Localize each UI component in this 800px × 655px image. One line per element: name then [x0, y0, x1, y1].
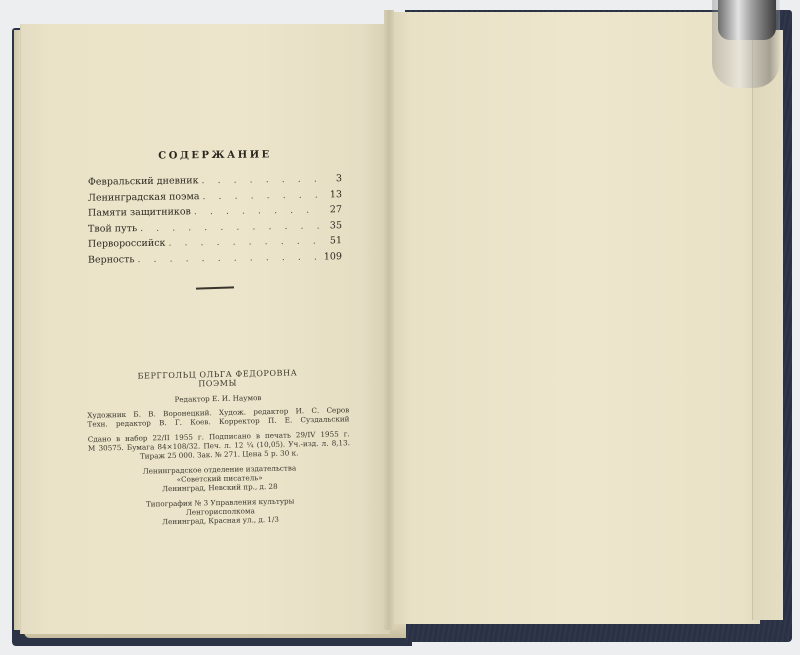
book-gutter	[384, 10, 394, 630]
contents-title: СОДЕРЖАНИЕ	[88, 149, 342, 163]
editor-line: Редактор Е. И. Наумов	[87, 391, 349, 405]
right-page-flap	[752, 30, 783, 620]
table-of-contents: СОДЕРЖАНИЕ Февральский дневник . . . . .…	[88, 150, 342, 266]
leader-dots: . . . . . . . . . . . . . . . . . . . . …	[168, 233, 323, 251]
leader-dots: . . . . . . . . . . . . . . . . . . . . …	[202, 187, 323, 204]
leader-dots: . . . . . . . . . . . . . . . . . . . . …	[194, 202, 323, 219]
toc-entry: Верность . . . . . . . . . . . . . . . .…	[88, 249, 342, 268]
colophon: БЕРГГОЛЬЦ ОЛЬГА ФЕДОРОВНА ПОЭМЫ Редактор…	[86, 367, 351, 527]
leader-dots: . . . . . . . . . . . . . . . . . . . . …	[137, 249, 321, 267]
right-page	[392, 12, 760, 624]
left-page	[20, 24, 390, 634]
leader-dots: . . . . . . . . . . . . . . . . . . . . …	[201, 171, 323, 188]
glass-weight-cap	[718, 0, 776, 40]
